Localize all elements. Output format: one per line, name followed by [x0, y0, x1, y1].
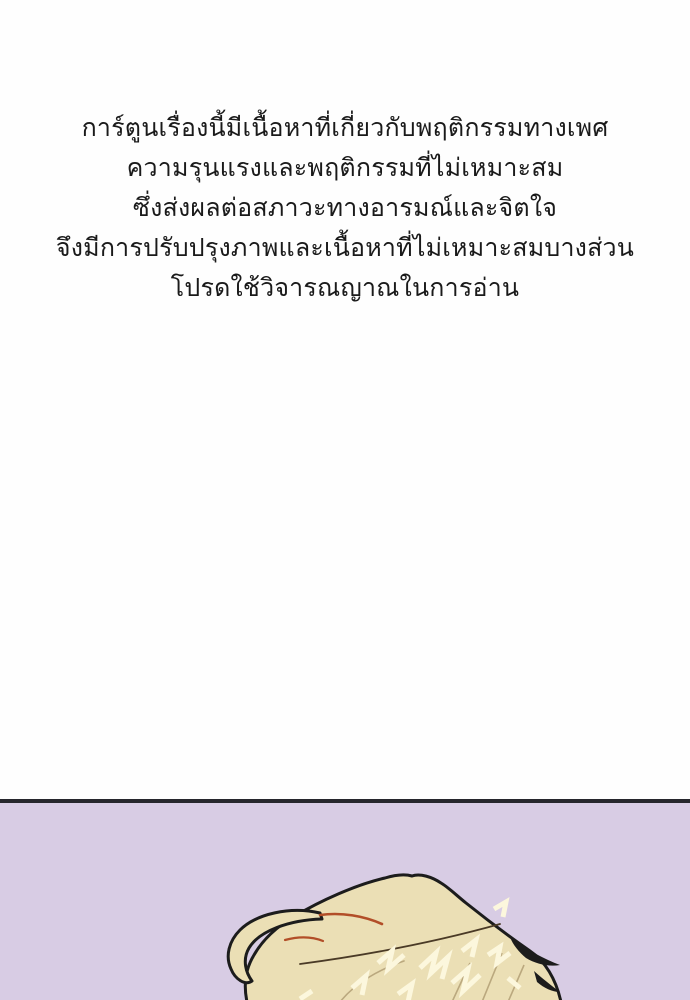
warning-line-5: โปรดใช้วิจารณญาณในการอ่าน: [0, 268, 690, 308]
warning-line-1: การ์ตูนเรื่องนี้มีเนื้อหาที่เกี่ยวกับพฤต…: [0, 108, 690, 148]
warning-line-2: ความรุนแรงและพฤติกรรมที่ไม่เหมาะสม: [0, 148, 690, 188]
comic-page: การ์ตูนเรื่องนี้มีเนื้อหาที่เกี่ยวกับพฤต…: [0, 0, 690, 1000]
comic-panel: [0, 803, 690, 1000]
warning-line-4: จึงมีการปรับปรุงภาพและเนื้อหาที่ไม่เหมาะ…: [0, 228, 690, 268]
warning-line-3: ซึ่งส่งผลต่อสภาวะทางอารมณ์และจิตใจ: [0, 188, 690, 228]
blonde-hair-artwork: [0, 803, 690, 1000]
content-warning-text: การ์ตูนเรื่องนี้มีเนื้อหาที่เกี่ยวกับพฤต…: [0, 108, 690, 308]
